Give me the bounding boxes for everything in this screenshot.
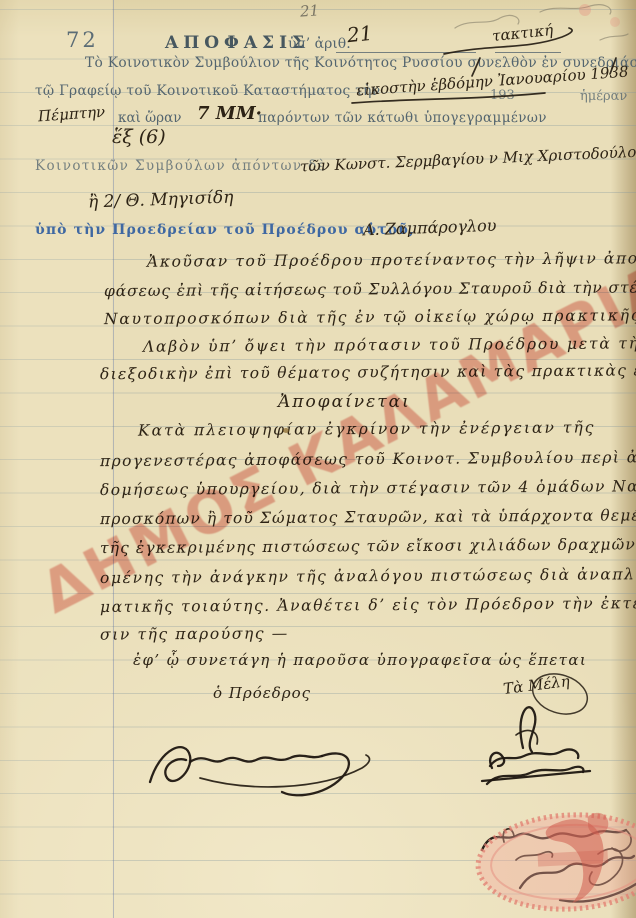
preamble-line-4: Κοινοτικῶν Συμβούλων ἀπόντων δὲ: [35, 158, 326, 174]
member-signature-4: [482, 829, 631, 851]
round-seal-stamp: [476, 810, 636, 914]
red-smudge: [579, 4, 591, 16]
member-signature-1: [516, 707, 537, 752]
signature-president: [150, 747, 369, 795]
left-margin: [0, 0, 112, 918]
handwritten-count: ἕξ (6): [112, 126, 166, 148]
preamble-line-5: ὑπὸ τὴν Προεδρείαν τοῦ Προέδρου αὐτοῦ,: [35, 222, 415, 238]
page-number: 72: [66, 28, 99, 52]
blank-line-short: [495, 52, 561, 53]
president-label: ὁ Πρόεδρος: [213, 684, 311, 702]
body-line: σιν τῆς παρούσης —: [100, 624, 289, 643]
paper-speck: [283, 428, 289, 433]
closing-line: ἐφ’ ᾧ συνετάγη ἡ παροῦσα ὑπογραφεῖσα ὡς …: [133, 651, 587, 669]
preamble-line-3b: παρόντων τῶν κάτωθι ὑπογεγραμμένων: [258, 110, 547, 126]
body-line: ομένης τὴν ἀνάγκην τῆς ἀναλόγου πιστώσεω…: [100, 565, 636, 587]
handwritten-time: 7 ΜΜ·: [197, 103, 262, 124]
decision-number-handwritten: 21: [346, 21, 374, 48]
printed-imera: ἡμέραν: [580, 89, 627, 104]
handwritten-president-name: Α. Ζαμπάρογλου: [363, 216, 497, 240]
handwritten-absent-names: τῶν Κωνστ. Σερμβαγίου ν Μιχ Χριστοδούλου: [300, 142, 636, 175]
blank-line: [336, 52, 476, 53]
member-signature-2: [490, 750, 578, 768]
member-note: [516, 852, 553, 860]
red-smudge: [610, 17, 620, 27]
preamble-line-3a: καὶ ὥραν: [118, 110, 181, 126]
preamble-line-2: τῷ Γραφείῳ τοῦ Κοινοτικοῦ Καταστήματος τ…: [35, 83, 380, 99]
decision-number-label: ὑπ’ ἀριθ.: [288, 36, 351, 52]
printed-year: 193: [490, 88, 515, 103]
member-signature-5: [520, 849, 636, 902]
handwritten-absent-names-2: ἢ 2/ Θ. Μηγισίδη: [88, 187, 234, 212]
members-label: Τὰ Μέλη: [502, 672, 571, 698]
session-type-handwritten: τακτική: [491, 21, 554, 45]
pencil-note-number: 21: [299, 1, 319, 20]
body-line: ματικῆς τοιαύτης. Ἀναθέτει δ’ εἰς τὸν Πρ…: [100, 594, 636, 616]
body-line: Ἀκοῦσαν τοῦ Προέδρου προτείναντος τὴν λῆ…: [147, 249, 636, 270]
scanned-document-page: 72 21 ΑΠΟΦΑΣΙΣ ὑπ’ ἀριθ. 21 τακτική Τὸ Κ…: [0, 0, 636, 918]
member-signature-3: [482, 767, 590, 784]
